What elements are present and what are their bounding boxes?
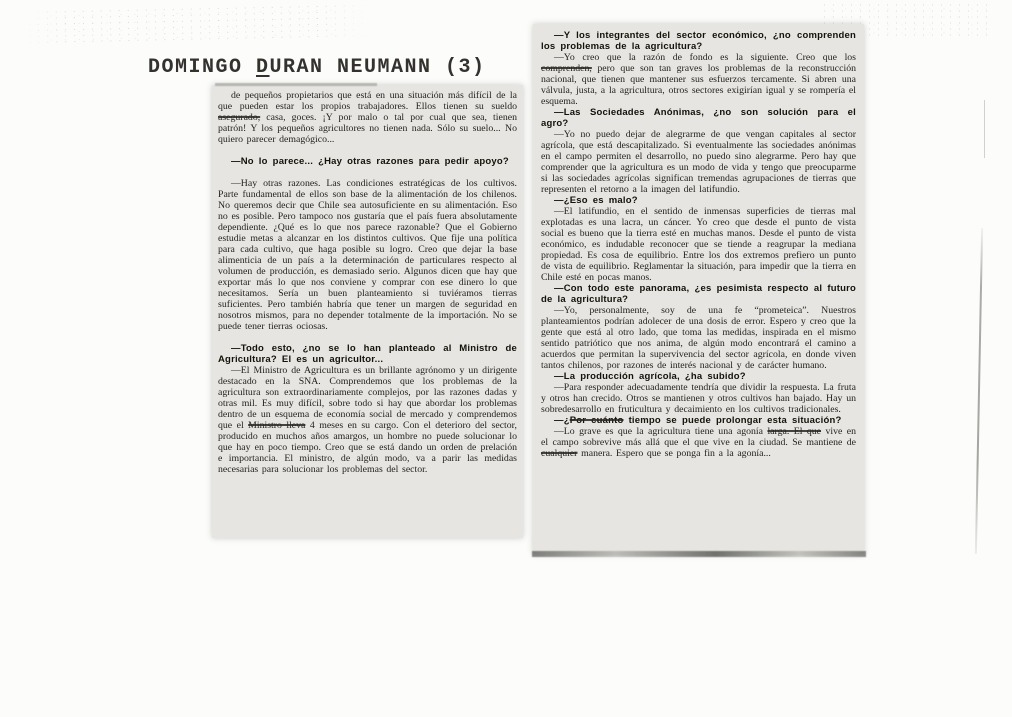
pen-strikethrough: cualquier (541, 448, 577, 459)
interview-question: —La producción agrícola, ¿ha subido? (541, 371, 856, 382)
pen-strikethrough: Por cuánto (570, 415, 624, 426)
interview-answer: —El Ministro de Agricultura es un brilla… (218, 365, 517, 475)
pen-strikethrough: comprenden, (541, 63, 592, 74)
title-text-part2: URAN NEUMANN (3) (270, 56, 486, 79)
scan-edge-line-faint (984, 100, 985, 158)
column-left: de pequeños propietarios que está en una… (218, 90, 517, 475)
page-title: DOMINGO DURAN NEUMANN (3) (148, 56, 486, 79)
scan-noise-top-left (25, 2, 371, 43)
interview-question: —Con todo este panorama, ¿es pesimista r… (541, 283, 856, 305)
interview-answer: —Yo, personalmente, soy de una fe “prome… (541, 305, 856, 371)
title-text-part1: DOMINGO (148, 56, 256, 79)
pen-strikethrough: asegurado, (218, 112, 260, 123)
interview-answer: —Yo no puedo dejar de alegrarme de que v… (541, 129, 856, 195)
scanned-page: DOMINGO DURAN NEUMANN (3) de pequeños pr… (0, 0, 1012, 717)
interview-answer: —El latifundio, en el sentido de inmensa… (541, 206, 856, 283)
pen-strikethrough: larga. El que (767, 426, 821, 437)
interview-question: —¿Eso es malo? (541, 195, 856, 206)
interview-question: —No lo parece... ¿Hay otras razones para… (218, 156, 517, 167)
title-underlined-letter: D (256, 56, 270, 79)
newspaper-clipping-right: —Y los integrantes del sector económico,… (533, 24, 864, 554)
interview-question: —Y los integrantes del sector económico,… (541, 30, 856, 52)
interview-answer: —Yo creo que la razón de fondo es la sig… (541, 52, 856, 107)
interview-answer: —Lo grave es que la agricultura tiene un… (541, 426, 856, 459)
interview-answer: —Hay otras razones. Las condiciones estr… (218, 178, 517, 332)
interview-question: —¿Por cuánto tiempo se puede prolongar e… (541, 415, 856, 426)
interview-question: —Las Sociedades Anónimas, ¿no son soluci… (541, 107, 856, 129)
newspaper-clipping-left: de pequeños propietarios que está en una… (212, 85, 523, 538)
pen-strikethrough: Ministro lleva (248, 420, 305, 431)
interview-answer: de pequeños propietarios que está en una… (218, 90, 517, 145)
column-right: —Y los integrantes del sector económico,… (541, 30, 856, 459)
interview-question: —Todo esto, ¿no se lo han planteado al M… (218, 343, 517, 365)
interview-answer: —Para responder adecuadamente tendría qu… (541, 382, 856, 415)
scan-edge-line (975, 228, 983, 554)
